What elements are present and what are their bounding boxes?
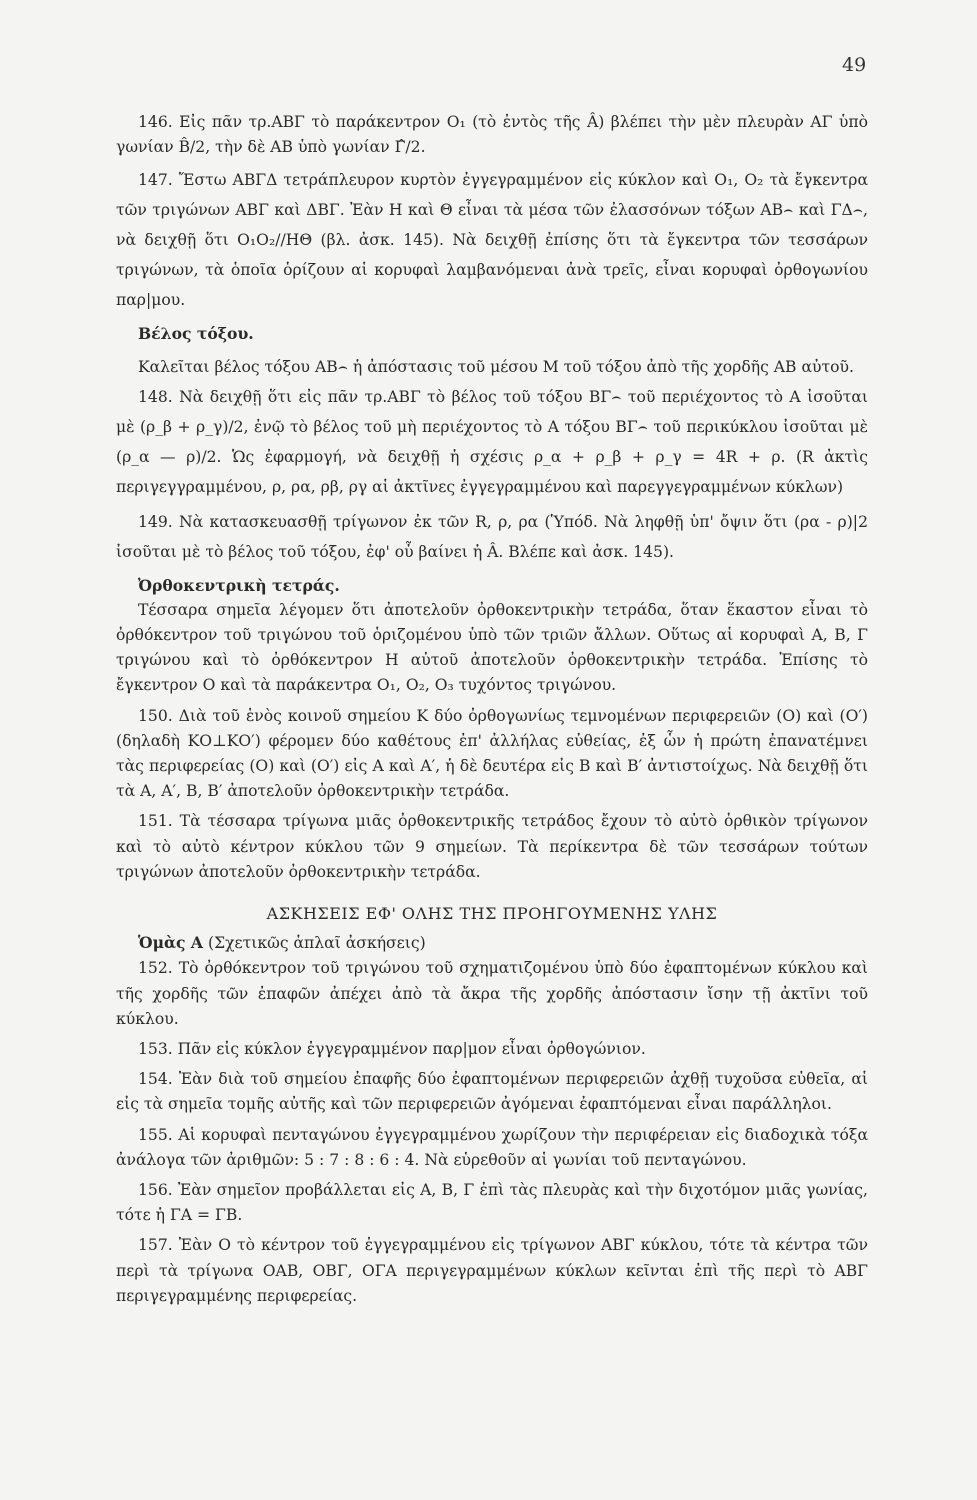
group-description: (Σχετικῶς ἁπλαῖ ἀσκήσεις): [208, 934, 426, 952]
definition-arc-sagitta: Καλεῖται βέλος τόξου ΑΒ⌢ ἡ ἀπόστασις τοῦ…: [116, 352, 868, 382]
exercise-155: 155. Αἱ κορυφαὶ πενταγώνου ἐγγεγραμμένου…: [116, 1123, 868, 1173]
exercise-157: 157. Ἐὰν Ο τὸ κέντρον τοῦ ἐγγεγραμμένου …: [116, 1233, 868, 1309]
page-body: 146. Εἰς πᾶν τρ.ΑΒΓ τὸ παράκεντρον Ο₁ (τ…: [116, 110, 868, 1309]
definition-orthocentric-tetrad: Τέσσαρα σημεῖα λέγομεν ὅτι ἀποτελοῦν ὀρθ…: [116, 598, 868, 699]
exercise-156: 156. Ἐὰν σημεῖον προβάλλεται εἰς Α, Β, Γ…: [116, 1178, 868, 1228]
exercise-146: 146. Εἰς πᾶν τρ.ΑΒΓ τὸ παράκεντρον Ο₁ (τ…: [116, 110, 868, 160]
heading-arc-sagitta: Βέλος τόξου.: [116, 321, 868, 346]
exercise-147: 147. Ἔστω ΑΒΓΔ τετράπλευρον κυρτὸν ἐγγεγ…: [116, 165, 868, 315]
exercise-150: 150. Διὰ τοῦ ἑνὸς κοινοῦ σημείου Κ δύο ὀ…: [116, 704, 868, 805]
heading-orthocentric-tetrad: Ὀρθοκεντρικὴ τετράς.: [116, 573, 868, 598]
group-label: Ὁμὰς Α: [138, 933, 203, 952]
section-heading: ΑΣΚΗΣΕΙΣ ΕΦ' ΟΛΗΣ ΤΗΣ ΠΡΟΗΓΟΥΜΕΝΗΣ ΥΛΗΣ: [116, 901, 868, 926]
exercise-151: 151. Τὰ τέσσαρα τρίγωνα μιᾶς ὀρθοκεντρικ…: [116, 809, 868, 885]
page-number: 49: [842, 54, 866, 76]
exercise-154: 154. Ἐὰν διὰ τοῦ σημείου ἐπαφῆς δύο ἐφαπ…: [116, 1067, 868, 1117]
exercise-148: 148. Νὰ δειχθῇ ὅτι εἰς πᾶν τρ.ΑΒΓ τὸ βέλ…: [116, 382, 868, 502]
exercise-149: 149. Νὰ κατασκευασθῇ τρίγωνον ἐκ τῶν R, …: [116, 507, 868, 567]
group-heading: Ὁμὰς Α (Σχετικῶς ἁπλαῖ ἀσκήσεις): [116, 930, 868, 956]
exercise-153: 153. Πᾶν εἰς κύκλον ἐγγεγραμμένον παρ|μο…: [116, 1037, 868, 1062]
exercise-152: 152. Τὸ ὀρθόκεντρον τοῦ τριγώνου τοῦ σχη…: [116, 956, 868, 1032]
